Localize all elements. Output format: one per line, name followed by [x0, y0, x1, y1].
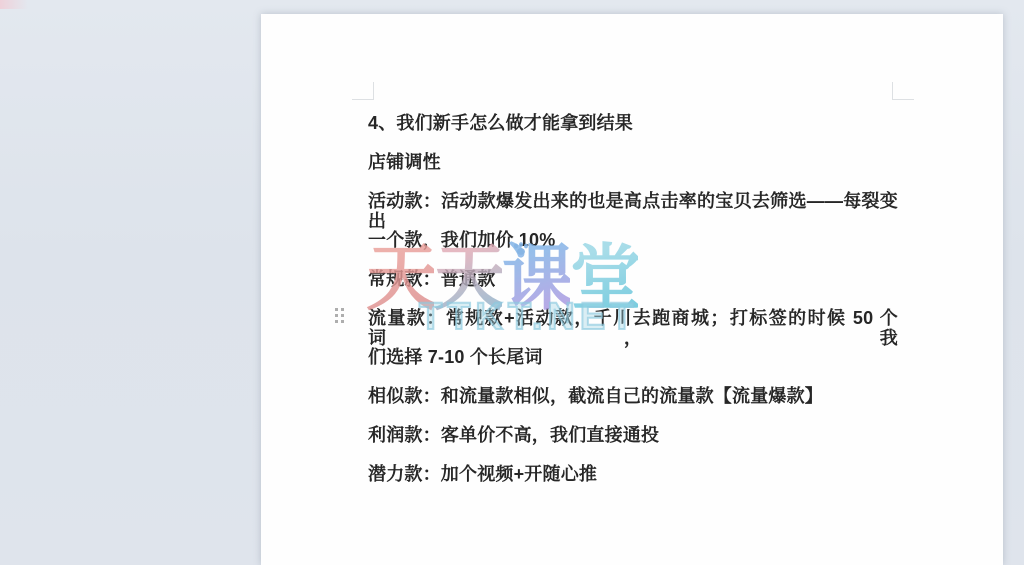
doc-line[interactable]: 店铺调性	[368, 152, 898, 191]
doc-line[interactable]: 常规款：普通款	[368, 269, 898, 308]
margin-mark-top-left	[352, 82, 374, 100]
paw-print-icon	[513, 242, 531, 261]
doc-line[interactable]: 流量款：常规款+活动款，千川去跑商城；打标签的时候 50 个词，我	[368, 308, 898, 347]
document-page[interactable]: 4、我们新手怎么做才能拿到结果 店铺调性 活动款：活动款爆发出来的也是高点击率的…	[261, 14, 1003, 565]
screen: 4、我们新手怎么做才能拿到结果 店铺调性 活动款：活动款爆发出来的也是高点击率的…	[0, 0, 1024, 565]
margin-mark-top-right	[892, 82, 914, 100]
corner-smudge	[0, 0, 28, 9]
doc-line[interactable]: 利润款：客单价不高，我们直接通投	[368, 425, 898, 464]
doc-line[interactable]: 潜力款：加个视频+开随心推	[368, 464, 898, 503]
doc-line[interactable]: 相似款：和流量款相似，截流自己的流量款【流量爆款】	[368, 386, 898, 425]
paragraph-drag-handle-icon[interactable]	[335, 308, 344, 323]
doc-line[interactable]: 一个款，我们加价 10%	[368, 230, 898, 269]
document-content: 4、我们新手怎么做才能拿到结果 店铺调性 活动款：活动款爆发出来的也是高点击率的…	[368, 113, 898, 503]
doc-line[interactable]: 们选择 7-10 个长尾词	[368, 347, 898, 386]
doc-line-title[interactable]: 4、我们新手怎么做才能拿到结果	[368, 113, 898, 152]
doc-line[interactable]: 活动款：活动款爆发出来的也是高点击率的宝贝去筛选——每裂变出	[368, 191, 898, 230]
